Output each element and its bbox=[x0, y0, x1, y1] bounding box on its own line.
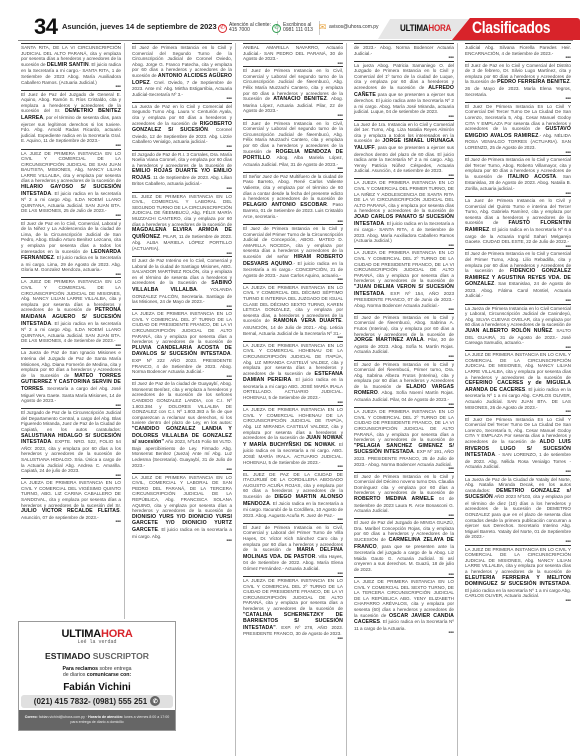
ad-deceased-name: JULIO VICTOR RECALDE FLEITAS bbox=[21, 508, 120, 514]
ad-code: ■■■ bbox=[21, 214, 121, 218]
promo-footer: Correo: fabian.vichini@uhora.com.py · Ho… bbox=[19, 710, 175, 730]
classified-ad: ANIBAL AMARILLA NAVARRO, Actuario Judici… bbox=[243, 43, 343, 66]
ad-text: LA JUEZA DE PRIMERA INSTANCIA EN LO CIVI… bbox=[354, 180, 454, 213]
ad-code: ■■■ bbox=[465, 540, 571, 544]
column-1: SANTA RITA, DE LA VI CIRCUNSCRIPCIÓN JUD… bbox=[18, 43, 125, 619]
ad-text: LA JUEZA DE PRIMERA INSTANCIA EN LO CIVI… bbox=[21, 480, 121, 507]
classified-ad: de 2023.- Abog. Norma Bodencer Actuaria … bbox=[354, 43, 454, 61]
ad-text: de 2023.- Abog. Norma Bodencer Actuaria … bbox=[354, 45, 454, 56]
section-title: Clasificados bbox=[472, 18, 550, 38]
ad-code: ■■■ bbox=[132, 539, 232, 543]
whatsapp-icon: ✆ bbox=[272, 24, 281, 33]
promo-contact-name: Fabián Vichini bbox=[19, 682, 175, 693]
classified-ad: LA JUEZA DE PRIMERA INSTANCIA EN LO CIVI… bbox=[132, 309, 232, 379]
classified-ad: LA JUEZ DE PRIMERA INSTANCIA EN LO CIVIL… bbox=[21, 149, 121, 219]
ad-deceased-name: ELEUTERIA FERREIRA Y MELITON DOMINGUEZ S… bbox=[465, 575, 571, 588]
ad-code: ■■■ bbox=[21, 273, 121, 277]
classified-ad: El Juez de Primera Instancia en lo Civil… bbox=[243, 66, 343, 118]
column-3: ANIBAL AMARILLA NAVARRO, Actuario Judici… bbox=[240, 43, 347, 756]
ad-deceased-name: ITALINO ACOSTA bbox=[508, 174, 557, 180]
ad-text: El Juzgado de Paz de R.I. 3 Corrales, Dr… bbox=[132, 152, 232, 168]
phone-icon: ✆ bbox=[218, 24, 227, 33]
ad-text: LA JUEZ DE PRIMERA INSTANCIA EN LO CIVIL… bbox=[132, 475, 232, 514]
classified-ad: El Juez de Paz del Juzgado de MINGA GUAZ… bbox=[354, 518, 454, 577]
classified-ad: La Jueza de Primera Instancia en lo Civi… bbox=[465, 304, 571, 351]
classified-ad: El Juez de Primera Instancia en lo Civil… bbox=[243, 224, 343, 283]
classified-ad: La Juez de 1ra. Instancia en lo Civil y … bbox=[354, 120, 454, 179]
ad-code: ■■■ bbox=[465, 151, 571, 155]
email-icon: ✉ bbox=[318, 24, 327, 33]
ad-code: ■■■ bbox=[354, 174, 454, 178]
ad-code: ■■■ bbox=[21, 474, 121, 478]
classified-ad: El Juzgado de Paz de R.I. 3 Corrales, Dr… bbox=[132, 150, 232, 192]
customer-service-contact[interactable]: ✆ Atención al cliente:415 7000 bbox=[218, 19, 278, 37]
ad-deceased-name: ATANACIO BENITEZ bbox=[273, 96, 327, 102]
classified-ad: LA JUEZA DE PRIMERA INSTANCIA EN LO CIVI… bbox=[354, 248, 454, 312]
classified-ad: LA JUEZA DE PRIMERA INSTANCIA EN LO CIVI… bbox=[243, 341, 343, 405]
classified-ad: El Juez de Paz de la ciudad de Guayaybí,… bbox=[132, 379, 232, 472]
email-contact[interactable]: ✉ avisos@uhora.com.py bbox=[318, 19, 379, 37]
ad-text: El Señor Juez de Paz Multifuero de la ci… bbox=[243, 174, 343, 201]
classified-ad: La jueza Abog. Patricia Samaniego O. del… bbox=[354, 61, 454, 120]
contact-label: avisos@uhora.com.py bbox=[329, 25, 379, 31]
ad-code: ■■■ bbox=[21, 404, 121, 408]
ad-code: ■■■ bbox=[21, 85, 121, 89]
classified-ad: La Jueza de Paz de San Ignacio Misiones … bbox=[21, 348, 121, 408]
ad-code: ■■■ bbox=[132, 252, 232, 256]
ad-code: ■■■ bbox=[132, 97, 232, 101]
classified-ad: El Juez de Paz del Juzgado de General E.… bbox=[21, 90, 121, 149]
classified-ad: LA JUEZA DE PRIMERA INSTANCIA EN LO CIVI… bbox=[243, 405, 343, 469]
classified-ad: La Juez de Primera Instancia en lo Civil… bbox=[465, 196, 571, 249]
column-5: Judicial Abg. Silvana Fiorella Paredes H… bbox=[462, 43, 574, 756]
ad-code: ■■■ bbox=[243, 465, 343, 469]
ad-text: La Jueza de Primera Instancia en lo Civi… bbox=[465, 306, 571, 328]
contact-value: 415 7000 bbox=[229, 27, 250, 33]
classified-ad: LA JUEZA DE PRIMERA INSTANCIA EN LO CIVI… bbox=[243, 576, 343, 641]
ad-code: ■■■ bbox=[354, 56, 454, 60]
classified-ad: LA JUEZA DE PRIMERA INSTANCIA EN LO CIVI… bbox=[354, 407, 454, 471]
ad-code: ■■■ bbox=[354, 308, 454, 312]
ad-code: ■■■ bbox=[354, 355, 454, 359]
ad-text: El Juez de Primera Instancia en lo Civil… bbox=[354, 315, 454, 337]
ad-text: AÑO 2023 Nº103, cita y emplaza por el té… bbox=[465, 494, 571, 539]
ad-code: ■■■ bbox=[354, 403, 454, 407]
subscriber-promo-box: ULTIMAHORA Leé la verdad ESTIMADO SUSCRI… bbox=[18, 621, 176, 731]
column-4: de 2023.- Abog. Norma Bodencer Actuaria … bbox=[351, 43, 458, 756]
ad-code: ■■■ bbox=[243, 518, 343, 522]
ad-code: ■■■ bbox=[465, 192, 571, 196]
ad-text: El Juez de Paz de la ciudad de Guayaybí,… bbox=[132, 381, 232, 425]
ad-code: ■■■ bbox=[243, 637, 343, 641]
ad-deceased-name: PLUVIA CANDELARIA ACOSTA DE DAVALOS S/ S… bbox=[132, 345, 232, 358]
ad-code: ■■■ bbox=[354, 573, 454, 577]
ad-text: LA JUEZA DE PRIMERA INSTANCIA EN LO CIVI… bbox=[354, 409, 454, 442]
ad-code: ■■■ bbox=[132, 468, 232, 472]
classified-ad: El Juez de Primera Instancia en lo Civil… bbox=[354, 360, 454, 408]
classified-ad: El Juez de Primera Instancia en lo Civil… bbox=[354, 313, 454, 360]
page-date: Asunción, jueves 14 de septiembre de 202… bbox=[62, 22, 217, 31]
classified-ad: LA JUEZA DE PRIMERA INSTANCIA EN LO CIVI… bbox=[243, 283, 343, 341]
promo-tagline: Leé la verdad bbox=[19, 639, 175, 645]
ad-code: ■■■ bbox=[465, 299, 571, 303]
ad-code: ■■■ bbox=[243, 572, 343, 576]
ad-text: LA JUEZ DE PRIMERA INSTANCIA EN LO CIVIL… bbox=[465, 547, 571, 574]
whatsapp-icon: ✆ bbox=[150, 696, 160, 706]
classified-ad: El Juez de Paz Interino en lo Civil, Com… bbox=[132, 256, 232, 309]
page-header: 34 Asunción, jueves 14 de septiembre de … bbox=[0, 0, 580, 40]
ad-text: LA JUEZA DE PRIMERA INSTANCIA EN LO CIVI… bbox=[243, 578, 343, 611]
promo-heading: ESTIMADO SUSCRIPTOR bbox=[19, 651, 175, 661]
classified-ad: SANTA RITA, DE LA VI CIRCUNSCRIPCIÓN JUD… bbox=[21, 43, 121, 90]
ad-code: ■■■ bbox=[465, 599, 571, 603]
classified-ad: El Juez de Primera Instancia en lo Civil… bbox=[243, 119, 343, 172]
brand-logo: ULTIMAHORA bbox=[400, 23, 451, 34]
whatsapp-contact[interactable]: ✆ Escribinos al0981 111 013 bbox=[272, 19, 320, 37]
ad-code: ■■■ bbox=[132, 375, 232, 379]
ad-code: ■■■ bbox=[243, 336, 343, 340]
ad-code: ■■■ bbox=[21, 520, 121, 524]
ad-text: LA JUEZ DE PRIMERA INSTANCIA EN LO CIVIL… bbox=[21, 151, 121, 184]
header-rule bbox=[18, 40, 573, 41]
ad-code: ■■■ bbox=[243, 114, 343, 118]
ad-code: ■■■ bbox=[465, 56, 571, 60]
ad-code: ■■■ bbox=[465, 470, 571, 474]
ad-code: ■■■ bbox=[21, 144, 121, 148]
classified-ad: El Señor Juez de Paz Multifuero de la ci… bbox=[243, 172, 343, 224]
ad-text: El Juzgado de Paz de la Circunscripción … bbox=[21, 410, 121, 432]
classified-ad: El Juez De Primera Instancia En Lo Civil… bbox=[465, 415, 571, 475]
ad-deceased-name: RAMONA VERA DUARTE bbox=[273, 318, 341, 324]
ad-code: ■■■ bbox=[132, 187, 232, 191]
classified-ad: El Juez de Primera Instancia en lo Civil… bbox=[465, 249, 571, 303]
ad-deceased-name: DELMIR SANTIN bbox=[47, 62, 89, 68]
ad-code: ■■■ bbox=[243, 401, 343, 405]
classified-ad: LA JUEZ DE PRIMERA INSTANCIA EN LO CIVIL… bbox=[465, 350, 571, 414]
classified-ad: Judicial Abg. Silvana Fiorella Paredes H… bbox=[465, 43, 571, 61]
classified-ad: LA JUEZ DE PRIMERA INSTANCIA EN LO CIVIL… bbox=[132, 473, 232, 544]
ad-code: ■■■ bbox=[21, 344, 121, 348]
ad-text: El Juez de Primera Instancia en lo Civil… bbox=[354, 474, 454, 496]
ad-deceased-name: JORGE MARTINEZ AYALA bbox=[354, 337, 424, 343]
ad-code: ■■■ bbox=[132, 305, 232, 309]
ad-code: ■■■ bbox=[465, 245, 571, 249]
page-number: 34 bbox=[34, 14, 57, 40]
ad-text: EL JUEZ DE PRIMERA INSTANCIA EN LO CIVIL… bbox=[132, 194, 232, 227]
ad-text: LA JUEZ DE PRIMERA INSTANCIA EN LO CIVIL… bbox=[465, 352, 571, 379]
classified-ad: La Jueza de Paz de la Ciudad de Yataity … bbox=[465, 475, 571, 545]
ad-code: ■■■ bbox=[354, 467, 454, 471]
classified-ad: El Juez de Primera Instancia en lo Civil… bbox=[465, 155, 571, 196]
ad-code: ■■■ bbox=[243, 220, 343, 224]
classified-ad: El Juez De Primera Instancia En Lo Civil… bbox=[465, 102, 571, 155]
classified-ad: El Juez de Primera Instancia en lo Civil… bbox=[132, 43, 232, 102]
ad-code: ■■■ bbox=[354, 514, 454, 518]
classified-ad: El Juez de Paz en lo Civil y Comercial d… bbox=[465, 61, 571, 102]
promo-phone-numbers[interactable]: (021) 415 7832- (0981) 555 251 ✆ bbox=[21, 695, 173, 708]
ad-code: ■■■ bbox=[354, 244, 454, 248]
ad-code: ■■■ bbox=[243, 62, 343, 66]
classified-ad: El Juez de Primera Instancia en lo Civil… bbox=[243, 523, 343, 576]
contact-value: 0981 111 013 bbox=[283, 27, 313, 33]
ad-code: ■■■ bbox=[243, 278, 343, 282]
classified-ad: LA JUEZ DE PRIMERA INSTANCIA EN LO CIVIL… bbox=[465, 545, 571, 604]
classified-ad: LA JUEZ DE PRIMERA INSTANCIA EN LO CIVIL… bbox=[21, 277, 121, 348]
ad-code: ■■■ bbox=[465, 97, 571, 101]
classified-ad: El Juzgado de Paz de la Circunscripción … bbox=[21, 408, 121, 478]
ad-text: LA JUEZA DE PRIMERA INSTANCIA EN LO CIVI… bbox=[132, 311, 232, 344]
ad-code: ■■■ bbox=[354, 115, 454, 119]
classified-ad: La Jueza de Paz en lo Civil y Comercial … bbox=[132, 102, 232, 150]
ad-deceased-name: PEDRO FERREIRA BENITEZ bbox=[497, 79, 570, 85]
ad-code: ■■■ bbox=[465, 346, 571, 350]
ad-text: ANIBAL AMARILLA NAVARRO, Actuario Judici… bbox=[243, 45, 343, 61]
classified-ad: El Juez de Primera Instancia en lo Civil… bbox=[354, 472, 454, 519]
classified-ad: EL JUEZ DE PRIMERA INSTANCIA EN LO CIVIL… bbox=[132, 192, 232, 256]
ad-deceased-name: JUAN ALBERTO ROLÓN NUÑEZ bbox=[465, 328, 552, 334]
ad-deceased-name: ROBERTO MEDINA ARMELE bbox=[354, 496, 434, 502]
promo-text: Para reclamos sobre entregade diarios co… bbox=[19, 666, 175, 679]
classified-ad: El Juez de Paz en lo Civil, Comercial, L… bbox=[21, 219, 121, 278]
ad-deceased-name: PELAGIO ANTONIO ESCOBAR bbox=[243, 202, 327, 208]
ad-code: ■■■ bbox=[465, 410, 571, 414]
ad-code: ■■■ bbox=[354, 631, 454, 635]
classified-ad: LA JUEZ DE PRIMERA INSTANCIA EN LO CIVIL… bbox=[354, 577, 454, 636]
ad-code: ■■■ bbox=[132, 145, 232, 149]
ad-text: Judicial Abg. Silvana Fiorella Paredes H… bbox=[465, 45, 571, 56]
ad-text: LA JUEZA DE PRIMERA INSTANCIA EN LO CIVI… bbox=[354, 250, 454, 283]
ad-code: ■■■ bbox=[243, 167, 343, 171]
classified-ad: LA JUEZA DE PRIMERA INSTANCIA EN LO CIVI… bbox=[354, 178, 454, 248]
classified-ad: EL JUEZ DE PAZ DE LA CIUDAD DE ITACURUBÍ… bbox=[243, 470, 343, 523]
classified-ad: LA JUEZA DE PRIMERA INSTANCIA EN LO CIVI… bbox=[21, 478, 121, 525]
